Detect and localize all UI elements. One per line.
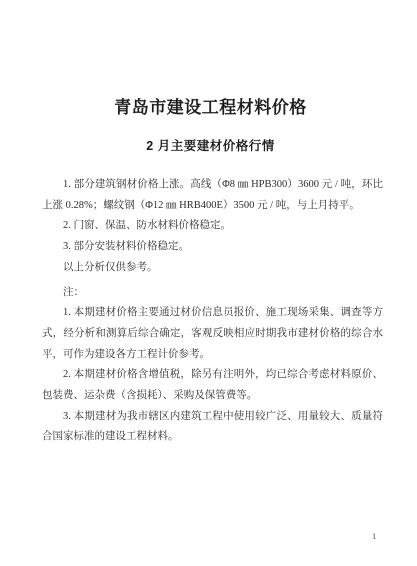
document-page: 青岛市建设工程材料价格 2 月主要建材价格行情 1. 部分建筑钢材价格上涨。高线… xyxy=(0,0,417,566)
page-number: 1 xyxy=(372,531,376,541)
summary-item-doors-insulation: 2. 门窗、保温、防水材料价格稳定。 xyxy=(42,216,383,237)
notes-label: 注： xyxy=(42,283,383,304)
summary-item-steel: 1. 部分建筑钢材价格上涨。高线（Φ8 ㎜ HPB300）3600 元 / 吨，… xyxy=(42,175,383,216)
document-subtitle: 2 月主要建材价格行情 xyxy=(38,136,383,154)
note-item-tax-inclusion: 2. 本期建材价格含增值税，除另有注明外，均已综合考虑材料原价、包装费、运杂费（… xyxy=(42,365,383,406)
summary-closing-line: 以上分析仅供参考。 xyxy=(42,258,383,279)
note-item-material-scope: 3. 本期建材为我市辖区内建筑工程中使用较广泛、用量较大、质量符合国家标准的建设… xyxy=(42,407,383,448)
summary-item-installation: 3. 部分安装材料价格稳定。 xyxy=(42,237,383,258)
document-body: 1. 部分建筑钢材价格上涨。高线（Φ8 ㎜ HPB300）3600 元 / 吨，… xyxy=(42,175,383,448)
note-item-pricing-method: 1. 本期建材价格主要通过材价信息员报价、施工现场采集、调查等方式，经分析和测算… xyxy=(42,303,383,365)
document-title: 青岛市建设工程材料价格 xyxy=(38,93,383,118)
